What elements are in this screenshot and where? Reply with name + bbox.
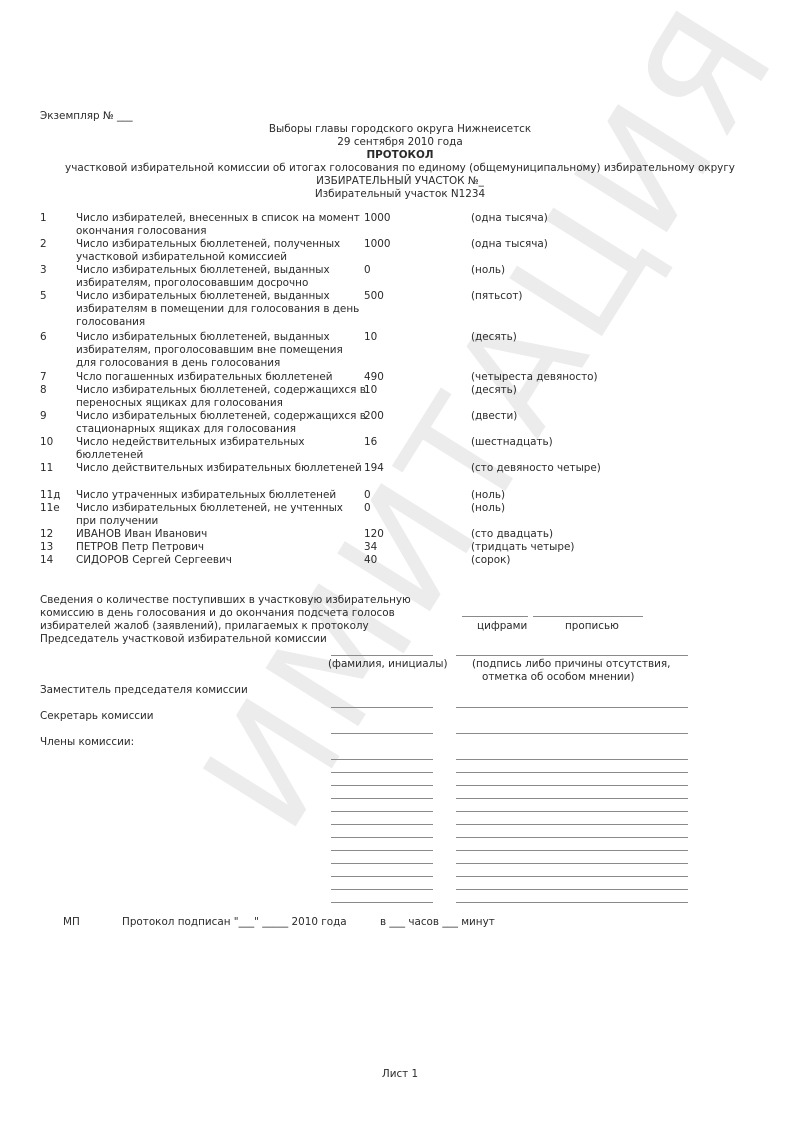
chair-signature-field[interactable] [456, 655, 688, 656]
row-value: 0 [364, 489, 371, 502]
row-label: Число избирательных бюллетеней, не учтен… [76, 502, 366, 528]
deputy-chair-label: Заместитель председателя комиссии [40, 684, 248, 697]
row-value: 16 [364, 436, 377, 449]
row-number: 2 [40, 238, 47, 251]
member-name-field[interactable] [331, 837, 433, 838]
secretary-label: Секретарь комиссии [40, 710, 154, 723]
member-signature-field[interactable] [456, 863, 688, 864]
row-label: Число действительных избирательных бюлле… [76, 462, 366, 475]
row-number: 11 [40, 462, 53, 475]
member-name-field[interactable] [331, 798, 433, 799]
row-value: 200 [364, 410, 384, 423]
row-value-words: (сто двадцать) [471, 528, 553, 541]
row-label: Чсло погашенных избирательных бюллетеней [76, 371, 366, 384]
row-value: 194 [364, 462, 384, 475]
member-signature-field[interactable] [456, 902, 688, 903]
member-signature-field[interactable] [456, 798, 688, 799]
digits-caption: цифрами [477, 620, 527, 633]
member-signature-field[interactable] [456, 772, 688, 773]
secretary-name-field[interactable] [331, 733, 433, 734]
row-label: Число избирательных бюллетеней, полученн… [76, 238, 366, 264]
page-number: Лист 1 [0, 1068, 800, 1081]
row-value: 0 [364, 502, 371, 515]
row-value-words: (ноль) [471, 502, 505, 515]
deputy-name-field[interactable] [331, 707, 433, 708]
row-label: Число избирательных бюллетеней, содержащ… [76, 384, 366, 410]
row-label: ПЕТРОВ Петр Петрович [76, 541, 366, 554]
row-value-words: (одна тысяча) [471, 238, 548, 251]
row-value-words: (сто девяносто четыре) [471, 462, 601, 475]
row-value-words: (сорок) [471, 554, 510, 567]
row-number: 11е [40, 502, 60, 515]
member-signature-field[interactable] [456, 837, 688, 838]
row-value: 490 [364, 371, 384, 384]
row-number: 9 [40, 410, 47, 423]
secretary-signature-field[interactable] [456, 733, 688, 734]
row-number: 14 [40, 554, 53, 567]
row-value-words: (двести) [471, 410, 517, 423]
row-number: 11д [40, 489, 60, 502]
row-value-words: (четыреста девяносто) [471, 371, 598, 384]
complaints-text-3: избирателей жалоб (заявлений), прилагаем… [40, 620, 369, 633]
row-label: Число избирателей, внесенных в список на… [76, 212, 366, 238]
complaints-words-field[interactable] [533, 616, 643, 617]
row-value-words: (ноль) [471, 264, 505, 277]
row-number: 3 [40, 264, 47, 277]
row-number: 10 [40, 436, 53, 449]
protocol-page: Экземпляр № ___ Выборы главы городского … [0, 0, 800, 1132]
row-value-words: (тридцать четыре) [471, 541, 574, 554]
row-number: 5 [40, 290, 47, 303]
row-value: 1000 [364, 212, 390, 225]
row-value: 10 [364, 331, 377, 344]
member-signature-field[interactable] [456, 889, 688, 890]
row-label: ИВАНОВ Иван Иванович [76, 528, 366, 541]
row-label: Число избирательных бюллетеней, содержащ… [76, 410, 366, 436]
row-number: 8 [40, 384, 47, 397]
row-value-words: (ноль) [471, 489, 505, 502]
member-name-field[interactable] [331, 876, 433, 877]
row-value: 0 [364, 264, 371, 277]
member-signature-field[interactable] [456, 850, 688, 851]
row-label: СИДОРОВ Сергей Сергеевич [76, 554, 366, 567]
member-signature-field[interactable] [456, 876, 688, 877]
chair-name-field[interactable] [331, 655, 433, 656]
member-signature-field[interactable] [456, 811, 688, 812]
row-value-words: (одна тысяча) [471, 212, 548, 225]
copy-number-label: Экземпляр № ___ [40, 110, 133, 123]
document-title: ПРОТОКОЛ [0, 149, 800, 162]
name-caption: (фамилия, инициалы) [328, 658, 448, 671]
member-name-field[interactable] [331, 889, 433, 890]
member-name-field[interactable] [331, 902, 433, 903]
row-value-words: (шестнадцать) [471, 436, 553, 449]
row-value-words: (десять) [471, 384, 517, 397]
row-label: Число недействительных избирательных бюл… [76, 436, 366, 462]
row-value: 1000 [364, 238, 390, 251]
member-name-field[interactable] [331, 759, 433, 760]
election-date: 29 сентября 2010 года [0, 136, 800, 149]
complaints-text-1: Сведения о количестве поступивших в учас… [40, 594, 411, 607]
member-name-field[interactable] [331, 850, 433, 851]
seal-mark: МП [63, 916, 80, 929]
deputy-signature-field[interactable] [456, 707, 688, 708]
row-label: Число утраченных избирательных бюллетене… [76, 489, 366, 502]
members-label: Члены комиссии: [40, 736, 134, 749]
complaints-digits-field[interactable] [462, 616, 528, 617]
row-value-words: (пятьсот) [471, 290, 522, 303]
row-number: 12 [40, 528, 53, 541]
election-title: Выборы главы городского округа Нижнеисет… [0, 123, 800, 136]
row-value: 120 [364, 528, 384, 541]
complaints-text-2: комиссию в день голосования и до окончан… [40, 607, 395, 620]
row-value: 40 [364, 554, 377, 567]
precinct-name: Избирательный участок N1234 [0, 188, 800, 201]
row-number: 13 [40, 541, 53, 554]
row-value-words: (десять) [471, 331, 517, 344]
document-subtitle: участковой избирательной комиссии об ито… [0, 162, 800, 175]
precinct-label: ИЗБИРАТЕЛЬНЫЙ УЧАСТОК №_ [0, 175, 800, 188]
row-value: 500 [364, 290, 384, 303]
signed-date-text: Протокол подписан "___" _____ 2010 года [122, 916, 347, 929]
row-label: Число избирательных бюллетеней, выданных… [76, 290, 366, 329]
member-name-field[interactable] [331, 772, 433, 773]
row-value: 34 [364, 541, 377, 554]
signed-time-text: в ___ часов ___ минут [380, 916, 495, 929]
member-name-field[interactable] [331, 811, 433, 812]
member-signature-field[interactable] [456, 824, 688, 825]
row-value: 10 [364, 384, 377, 397]
chair-label: Председатель участковой избирательной ко… [40, 633, 327, 646]
member-name-field[interactable] [331, 863, 433, 864]
row-number: 7 [40, 371, 47, 384]
row-label: Число избирательных бюллетеней, выданных… [76, 264, 366, 290]
signature-caption-1: (подпись либо причины отсутствия, [472, 658, 670, 671]
member-signature-field[interactable] [456, 759, 688, 760]
words-caption: прописью [565, 620, 619, 633]
member-name-field[interactable] [331, 824, 433, 825]
member-signature-field[interactable] [456, 785, 688, 786]
signature-caption-2: отметка об особом мнении) [482, 671, 634, 684]
row-number: 1 [40, 212, 47, 225]
member-name-field[interactable] [331, 785, 433, 786]
row-number: 6 [40, 331, 47, 344]
row-label: Число избирательных бюллетеней, выданных… [76, 331, 366, 370]
